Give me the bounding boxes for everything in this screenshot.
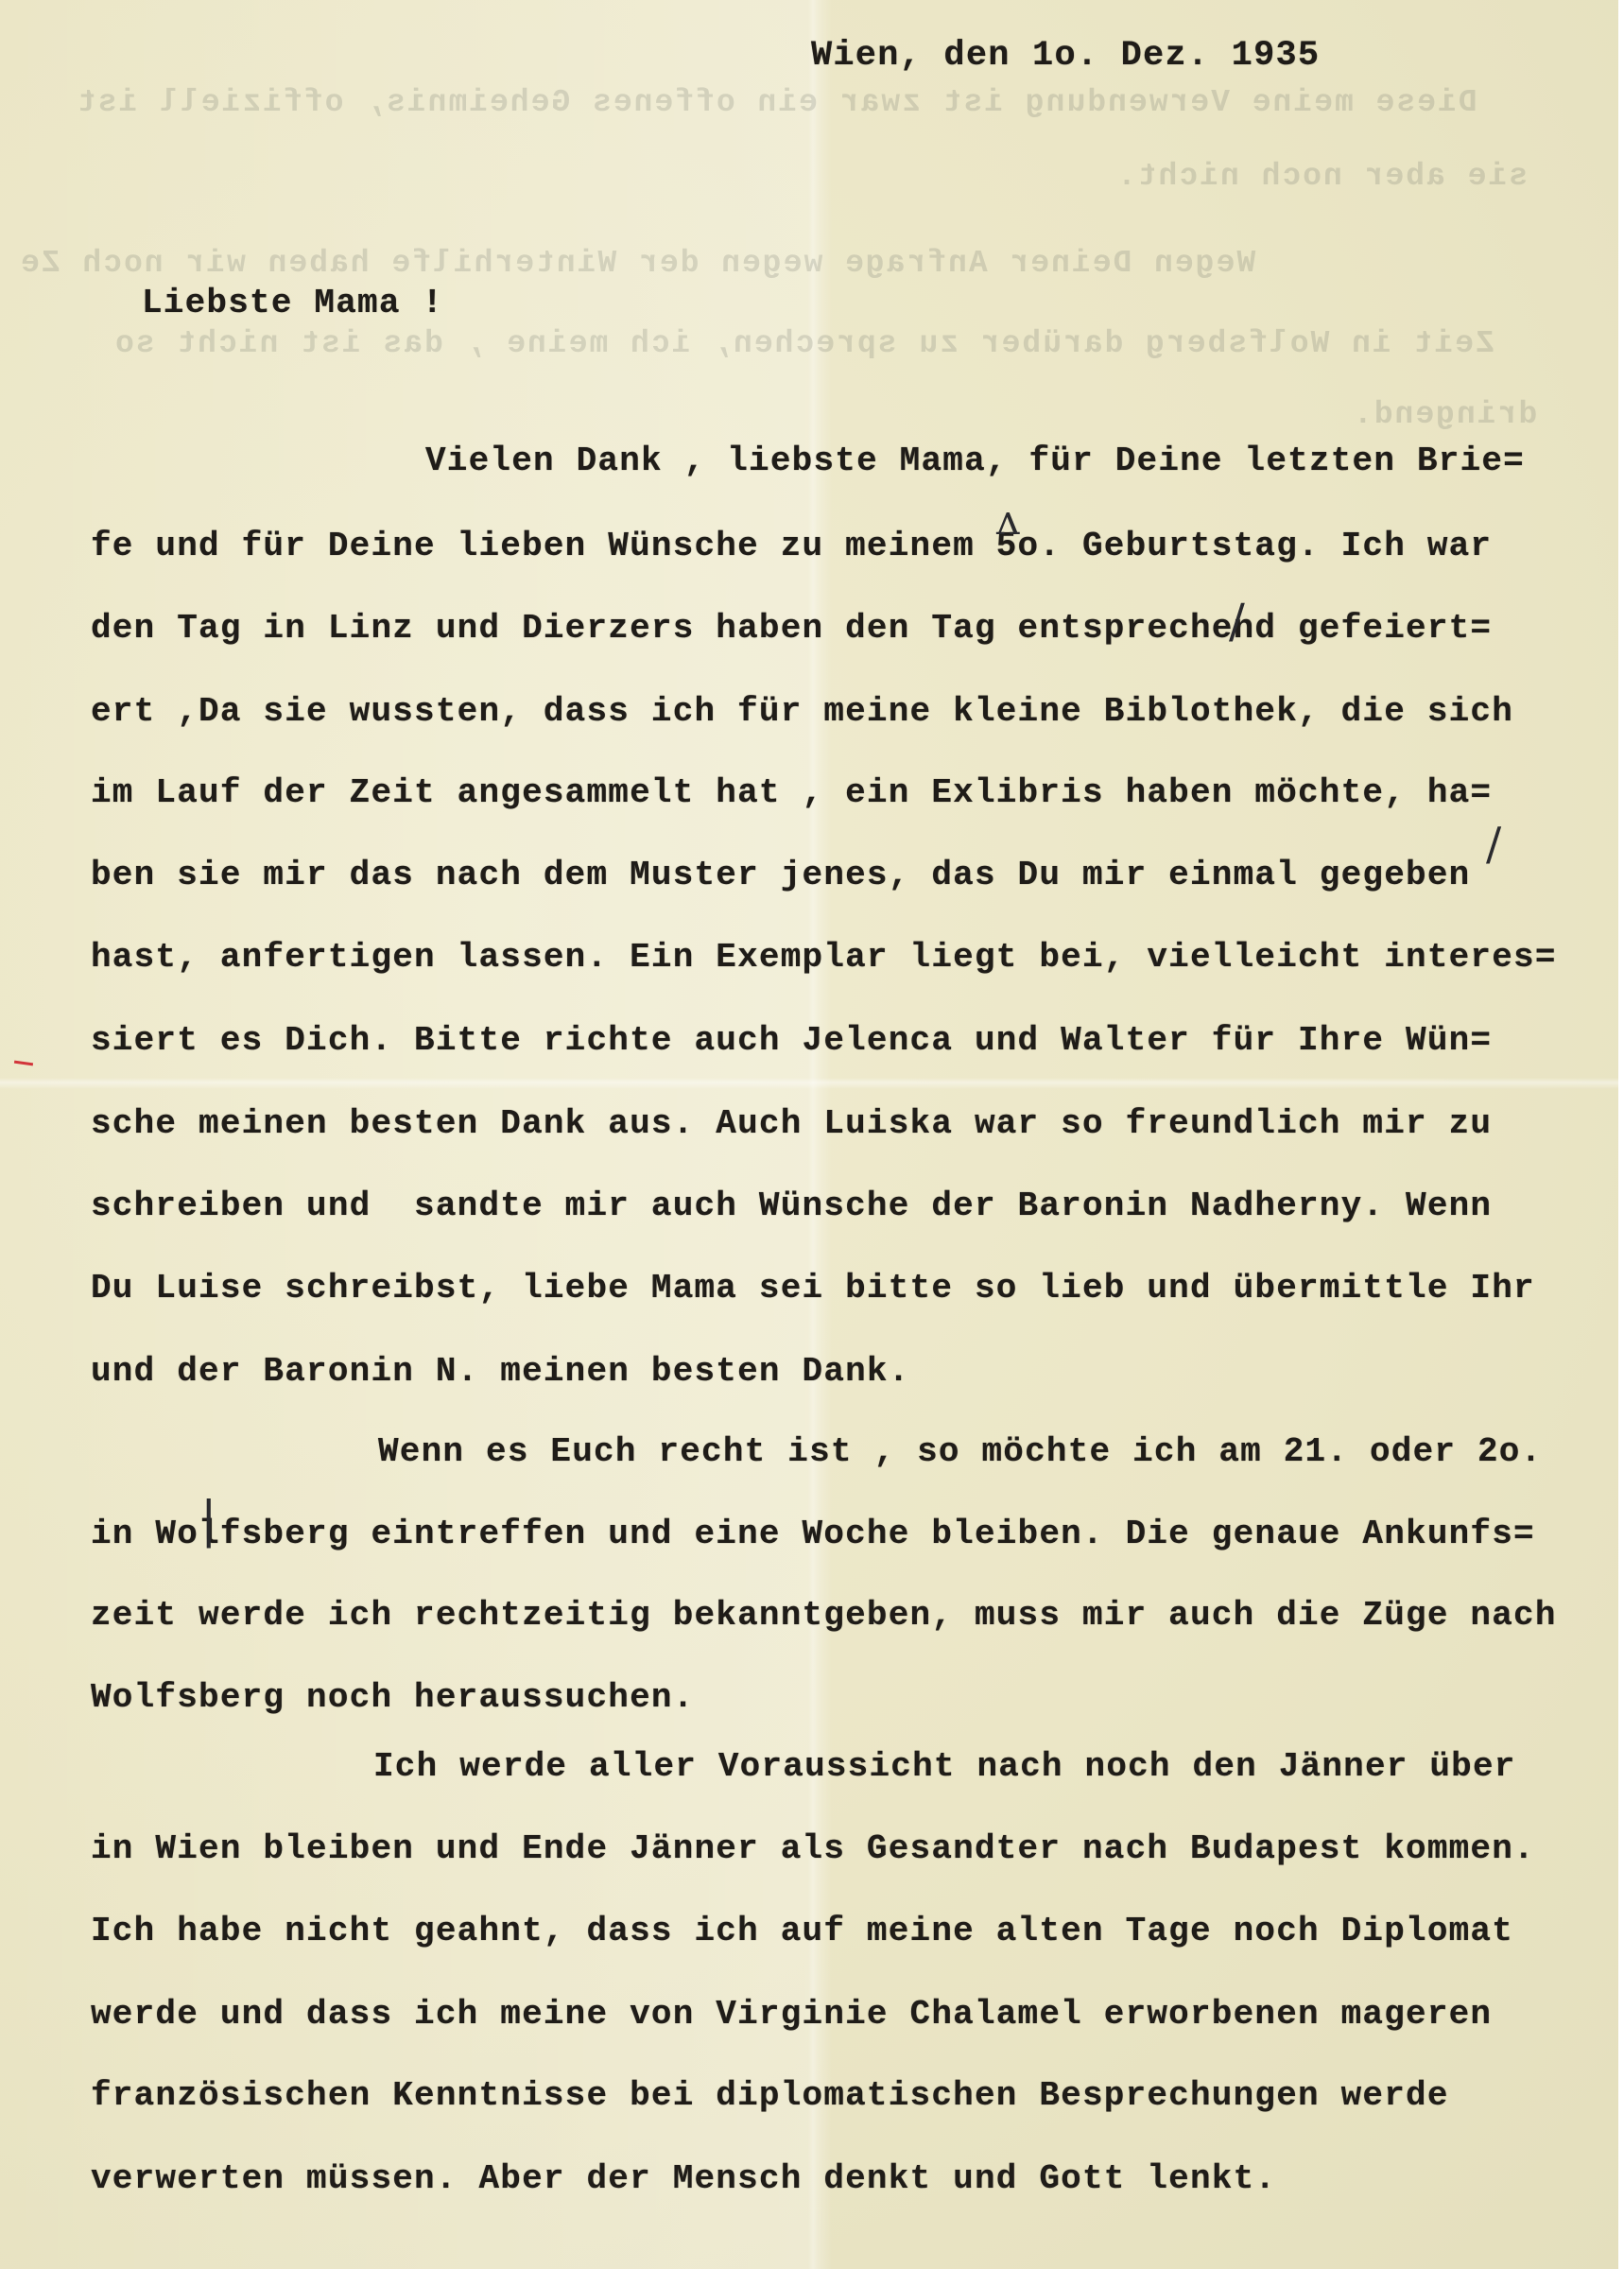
letter-line: Ich habe nicht geahnt, dass ich auf mein… [91, 1912, 1513, 1950]
letter-line: fe und für Deine lieben Wünsche zu meine… [91, 527, 1492, 565]
letter-line: ben sie mir das nach dem Muster jenes, d… [91, 856, 1470, 894]
letter-page: Diese meine Verwendung ist zwar ein offe… [0, 0, 1624, 2269]
letter-line: den Tag in Linz und Dierzers haben den T… [91, 609, 1492, 648]
letter-line: Wolfsberg noch heraussuchen. [91, 1678, 695, 1717]
letter-line: hast, anfertigen lassen. Ein Exemplar li… [91, 938, 1557, 977]
letter-line: Ich werde aller Voraussicht nach noch de… [373, 1747, 1516, 1786]
letter-line: werde und dass ich meine von Virginie Ch… [91, 1995, 1492, 2034]
letter-date: Wien, den 1o. Dez. 1935 [811, 36, 1320, 76]
letter-line: zeit werde ich rechtzeitig bekanntgeben,… [91, 1596, 1557, 1635]
bleed-through-line: Wegen Deiner Anfrage wegen der Winterhil… [19, 246, 1255, 281]
letter-line: schreiben und sandte mir auch Wünsche de… [91, 1186, 1492, 1225]
bleed-through-line: dringend. [1352, 397, 1537, 432]
letter-line: französischen Kenntnisse bei diplomatisc… [91, 2076, 1449, 2115]
letter-line: verwerten müssen. Aber der Mensch denkt … [91, 2159, 1276, 2198]
margin-mark [14, 1061, 33, 1066]
letter-line: in Wolfsberg eintreffen und eine Woche b… [91, 1515, 1535, 1553]
handwritten-correction-mark: / [1486, 818, 1501, 871]
letter-line: in Wien bleiben und Ende Jänner als Gesa… [91, 1829, 1535, 1868]
handwritten-correction-mark: / [1229, 594, 1245, 649]
handwritten-correction-mark: ʌ [996, 496, 1020, 545]
bleed-through-line: Zeit in Wolfsberg darüber zu sprechen, i… [113, 326, 1494, 361]
letter-line: sche meinen besten Dank aus. Auch Luiska… [91, 1104, 1492, 1143]
letter-line: Du Luise schreibst, liebe Mama sei bitte… [91, 1269, 1535, 1308]
letter-line: siert es Dich. Bitte richte auch Jelenca… [91, 1021, 1492, 1060]
letter-line: im Lauf der Zeit angesammelt hat , ein E… [91, 773, 1492, 812]
bleed-through-line: Diese meine Verwendung ist zwar ein offe… [76, 85, 1477, 120]
letter-line: Wenn es Euch recht ist , so möchte ich a… [378, 1432, 1542, 1471]
letter-line: und der Baronin N. meinen besten Dank. [91, 1352, 910, 1391]
letter-salutation: Liebste Mama ! [142, 284, 443, 322]
handwritten-correction-mark: | [200, 1492, 217, 1549]
page-edge [1618, 0, 1624, 2269]
bleed-through-line: sie aber noch nicht. [1115, 159, 1528, 194]
letter-line: Vielen Dank , liebste Mama, für Deine le… [425, 442, 1525, 480]
letter-line: ert ,Da sie wussten, dass ich für meine … [91, 692, 1513, 731]
